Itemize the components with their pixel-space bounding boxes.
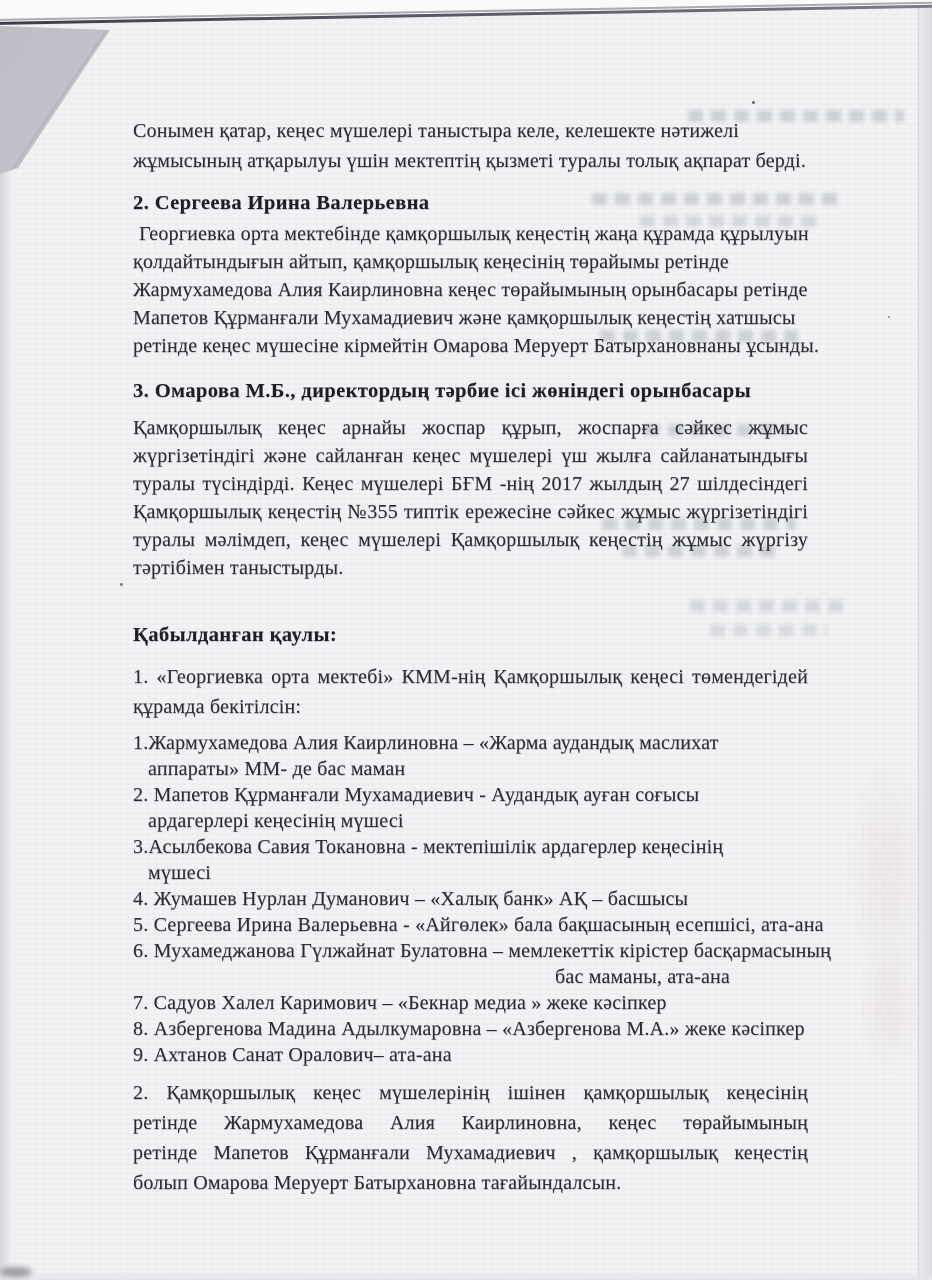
text-line: тәртібімен таныстырды.	[133, 554, 808, 582]
text-line: 1.Жармухамедова Алия Каирлиновна – «Жарм…	[133, 730, 893, 756]
document-body: Сонымен қатар, кеңес мүшелері таныстыра …	[133, 0, 903, 1198]
text-line: Қамқоршылық кеңестің №355 типтік ережесі…	[133, 498, 808, 526]
text-line: жүргізетіндігі және сайланған кеңес мүше…	[133, 442, 808, 470]
scanned-document-page: Сонымен қатар, кеңес мүшелері таныстыра …	[0, 0, 932, 1280]
page-right-edge-shadow	[914, 0, 932, 1280]
text-line: 3.Асылбекова Савия Токановна - мектепіші…	[133, 834, 893, 860]
text-line: мүшесі	[133, 860, 893, 886]
section-2-paragraph: Георгиевка орта мектебінде қамқоршылық к…	[133, 220, 903, 360]
resolution-clause-1: 1. «Георгиевка орта мектебі» КММ-нің Қам…	[133, 662, 903, 722]
section-2-heading: 2. Сергеева Ирина Валерьевна	[133, 188, 903, 218]
text-line: ретінде кеңес мүшесіне кірмейтін Омарова…	[133, 332, 903, 360]
text-line: 2. Мапетов Құрманғали Мухамадиевич - Ауд…	[133, 782, 893, 808]
text-line: Георгиевка орта мектебінде қамқоршылық к…	[133, 220, 903, 248]
text-line: Мапетов Құрманғали Мухамадиевич және қам…	[133, 304, 903, 332]
text-line: 4. Жумашев Нурлан Думанович – «Халық бан…	[133, 886, 893, 912]
resolution-heading: Қабылданған қаулы:	[133, 620, 903, 650]
text-line: болып Омарова Меруерт Батырхановна тағай…	[133, 1168, 808, 1198]
text-line: 1. «Георгиевка орта мектебі» КММ-нің Қам…	[133, 662, 808, 692]
page-bottom-edge-shadow	[0, 1271, 932, 1280]
text-line: жұмысының атқарылуы үшін мектептің қызме…	[133, 146, 903, 176]
text-line: 6. Мухамеджанова Гүлжайнат Булатовна – м…	[133, 938, 893, 964]
member-list: 1.Жармухамедова Алия Каирлиновна – «Жарм…	[133, 730, 893, 1068]
text-line: туралы мәлімдеп, кеңес мүшелері Қамқоршы…	[133, 526, 808, 554]
scan-smudge	[0, 1267, 32, 1277]
text-line: Сонымен қатар, кеңес мүшелері таныстыра …	[133, 116, 903, 146]
text-line: ретінде Жармухамедова Алия Каирлиновна, …	[133, 1108, 808, 1138]
page-right-edge-line	[918, 0, 919, 1280]
text-line: аппараты» ММ- де бас маман	[133, 756, 893, 782]
section-3-heading: 3. Омарова М.Б., директордың тәрбие ісі …	[133, 376, 903, 406]
text-line: ретінде Мапетов Құрманғали Мухамадиевич …	[133, 1138, 808, 1168]
page-left-edge-shadow	[0, 158, 14, 1280]
text-line: 5. Сергеева Ирина Валерьевна - «Айгөлек»…	[133, 912, 893, 938]
text-line: туралы түсіндірді. Кеңес мүшелері БҒМ -н…	[133, 470, 808, 498]
text-line: 9. Ахтанов Санат Оралович– ата-ана	[133, 1042, 893, 1068]
section-3-paragraph: Қамқоршылық кеңес арнайы жоспар құрып, ж…	[133, 414, 903, 582]
text-line: ардагерлері кеңесінің мүшесі	[133, 808, 893, 834]
text-line: 8. Азбергенова Мадина Адылкумаровна – «А…	[133, 1016, 893, 1042]
text-line: қолдайтындығын айтып, қамқоршылық кеңесі…	[133, 248, 903, 276]
text-line: құрамда бекітілсін:	[133, 692, 808, 722]
text-line: бас маманы, ата-ана	[133, 964, 893, 990]
scan-speck	[120, 583, 123, 586]
text-line: 2. Қамқоршылық кеңес мүшелерінің ішінен …	[133, 1078, 808, 1108]
text-line: Жармухамедова Алия Каирлиновна кеңес төр…	[133, 276, 903, 304]
text-line: Қамқоршылық кеңес арнайы жоспар құрып, ж…	[133, 414, 808, 442]
intro-paragraph: Сонымен қатар, кеңес мүшелері таныстыра …	[133, 116, 903, 176]
text-line: 7. Садуов Халел Каримович – «Бекнар меди…	[133, 990, 893, 1016]
resolution-clause-2: 2. Қамқоршылық кеңес мүшелерінің ішінен …	[133, 1078, 903, 1198]
